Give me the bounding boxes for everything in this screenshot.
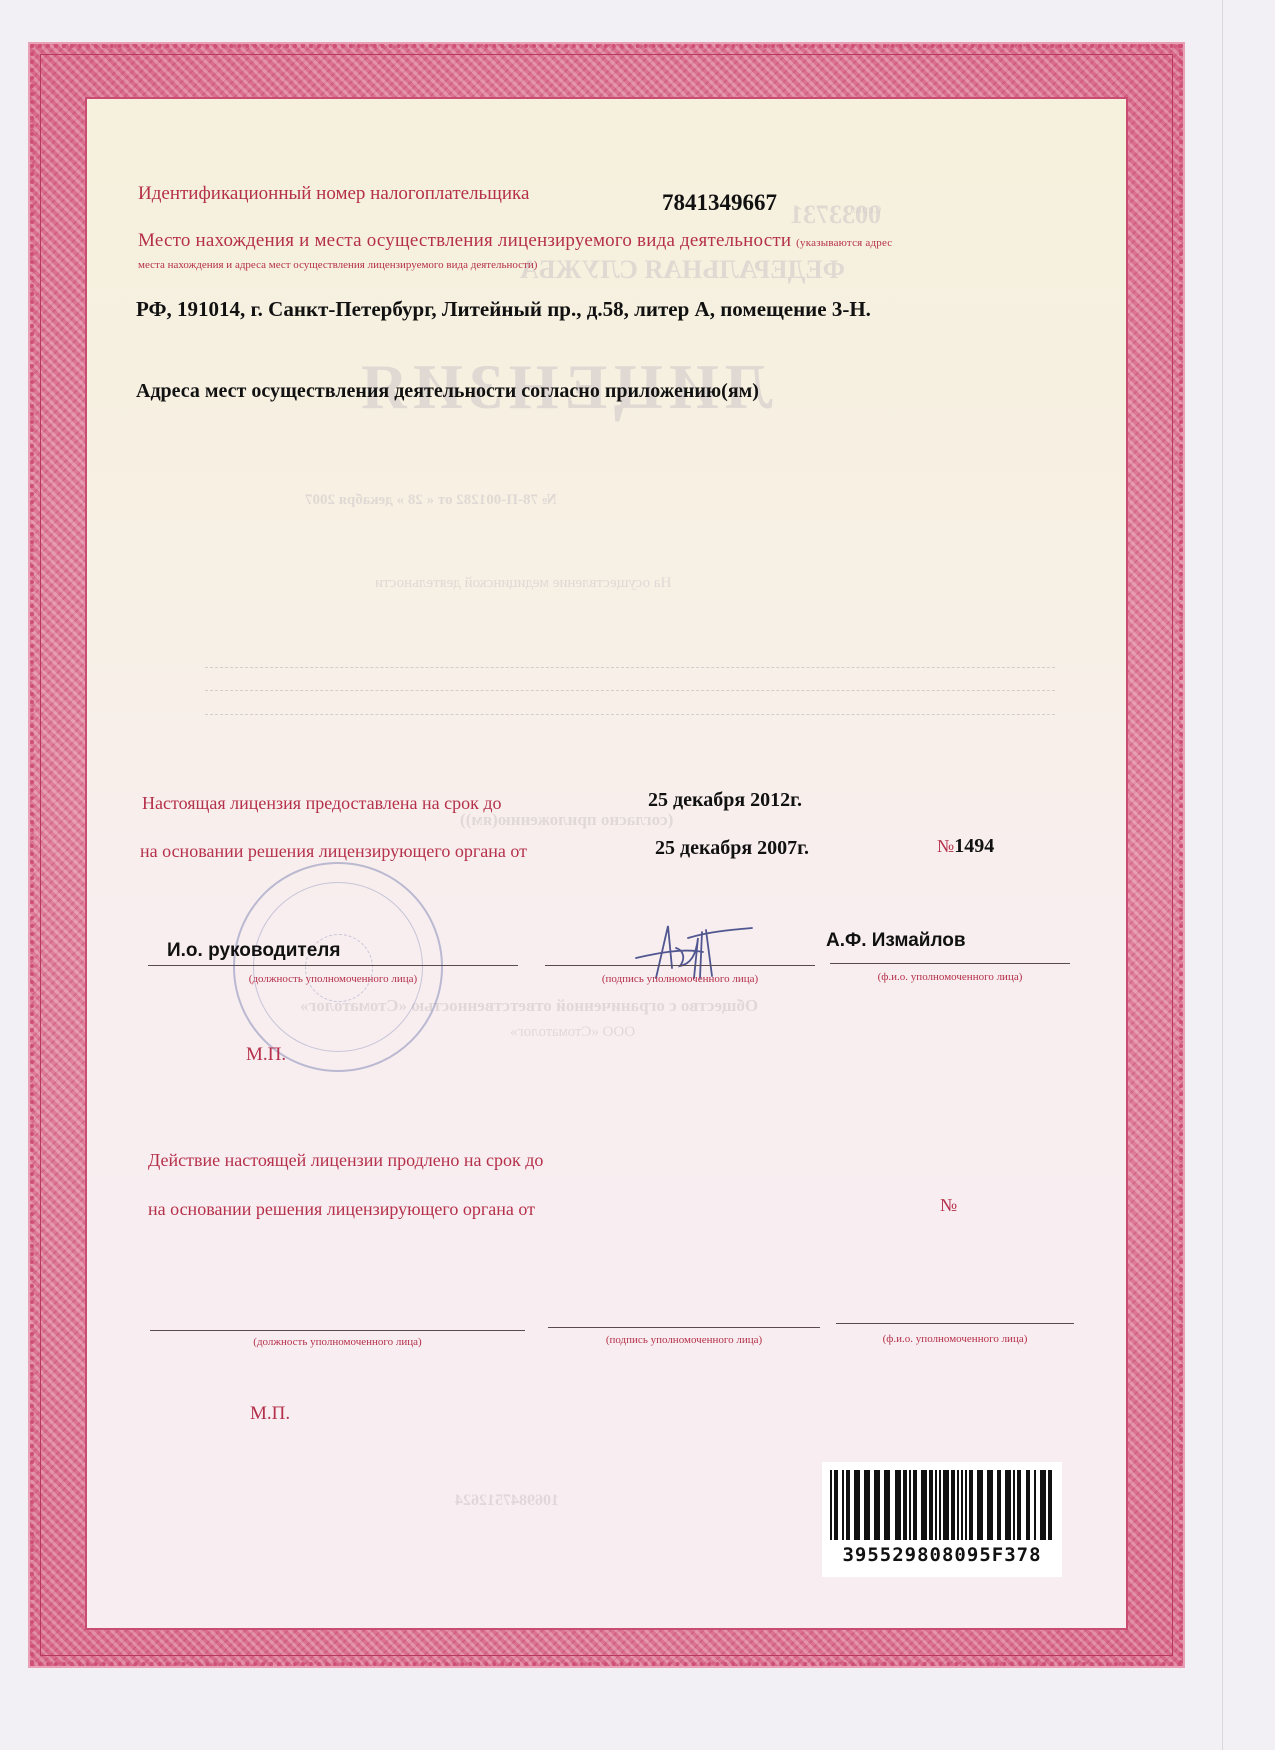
- ghost-org-short: ООО «Стоматолог»: [510, 1024, 635, 1041]
- seal-label: М.П.: [246, 1044, 286, 1066]
- seal-label-2: М.П.: [250, 1403, 290, 1425]
- caption-signature: (подпись уполномоченного лица): [545, 973, 815, 985]
- ghost-activity: На осуществление медицинской деятельност…: [375, 575, 671, 592]
- license-number: №1494: [937, 835, 994, 858]
- barcode: 395529808095F378: [822, 1462, 1062, 1577]
- name-line: [830, 963, 1070, 964]
- number-sign: №: [937, 836, 954, 856]
- caption-name: (ф.и.о. уполномоченного лица): [830, 971, 1070, 983]
- location-label: Место нахождения и места осуществления л…: [138, 230, 892, 252]
- ghost-ogrn: 1069847512624: [455, 1492, 559, 1510]
- extension-number-sign: №: [940, 1195, 957, 1216]
- position-line-2: [150, 1330, 525, 1331]
- signer-position: И.о. руководителя: [167, 940, 340, 962]
- basis-label: на основании решения лицензирующего орга…: [140, 841, 527, 862]
- barcode-bars: [830, 1470, 1054, 1540]
- ghost-reg: № 78-П-001282 от « 28 » декабря 2007: [305, 492, 557, 509]
- ghost-agency: ФЕДЕРАЛЬНАЯ СЛУЖБА: [520, 255, 845, 285]
- location-note-2: места нахождения и адреса мест осуществл…: [138, 259, 537, 271]
- term-label: Настоящая лицензия предоставлена на срок…: [142, 793, 502, 814]
- ghost-series-label: Серия: [850, 202, 881, 217]
- ghost-rule-3: [205, 714, 1055, 716]
- signer-name: А.Ф. Измайлов: [826, 930, 966, 952]
- barcode-number: 395529808095F378: [822, 1544, 1062, 1566]
- caption-name-2: (ф.и.о. уполномоченного лица): [836, 1333, 1074, 1345]
- official-stamp: [233, 862, 443, 1072]
- signature-line: [545, 965, 815, 966]
- caption-signature-2: (подпись уполномоченного лица): [548, 1334, 820, 1346]
- inn-label: Идентификационный номер налогоплательщик…: [138, 183, 529, 205]
- location-label-text: Место нахождения и места осуществления л…: [138, 230, 791, 251]
- position-line: [148, 965, 518, 966]
- location-note-1: (указываются адрес: [796, 237, 892, 249]
- extension-term-label: Действие настоящей лицензии продлено на …: [148, 1150, 543, 1171]
- ghost-rule-2: [205, 690, 1055, 692]
- number-value: 1494: [954, 835, 994, 857]
- addresses-note: Адреса мест осуществления деятельности с…: [136, 380, 759, 403]
- license-page: [85, 97, 1128, 1630]
- caption-position-2: (должность уполномоченного лица): [150, 1336, 525, 1348]
- sheet-edge: [1222, 0, 1223, 1750]
- term-value: 25 декабря 2012г.: [648, 789, 802, 812]
- ghost-rule-1: [205, 667, 1055, 669]
- address-value: РФ, 191014, г. Санкт-Петербург, Литейный…: [136, 297, 871, 322]
- extension-basis-label: на основании решения лицензирующего орга…: [148, 1199, 535, 1220]
- caption-position: (должность уполномоченного лица): [148, 973, 518, 985]
- signature-line-2: [548, 1327, 820, 1328]
- name-line-2: [836, 1323, 1074, 1324]
- inn-value: 7841349667: [662, 190, 777, 216]
- basis-date: 25 декабря 2007г.: [655, 837, 809, 860]
